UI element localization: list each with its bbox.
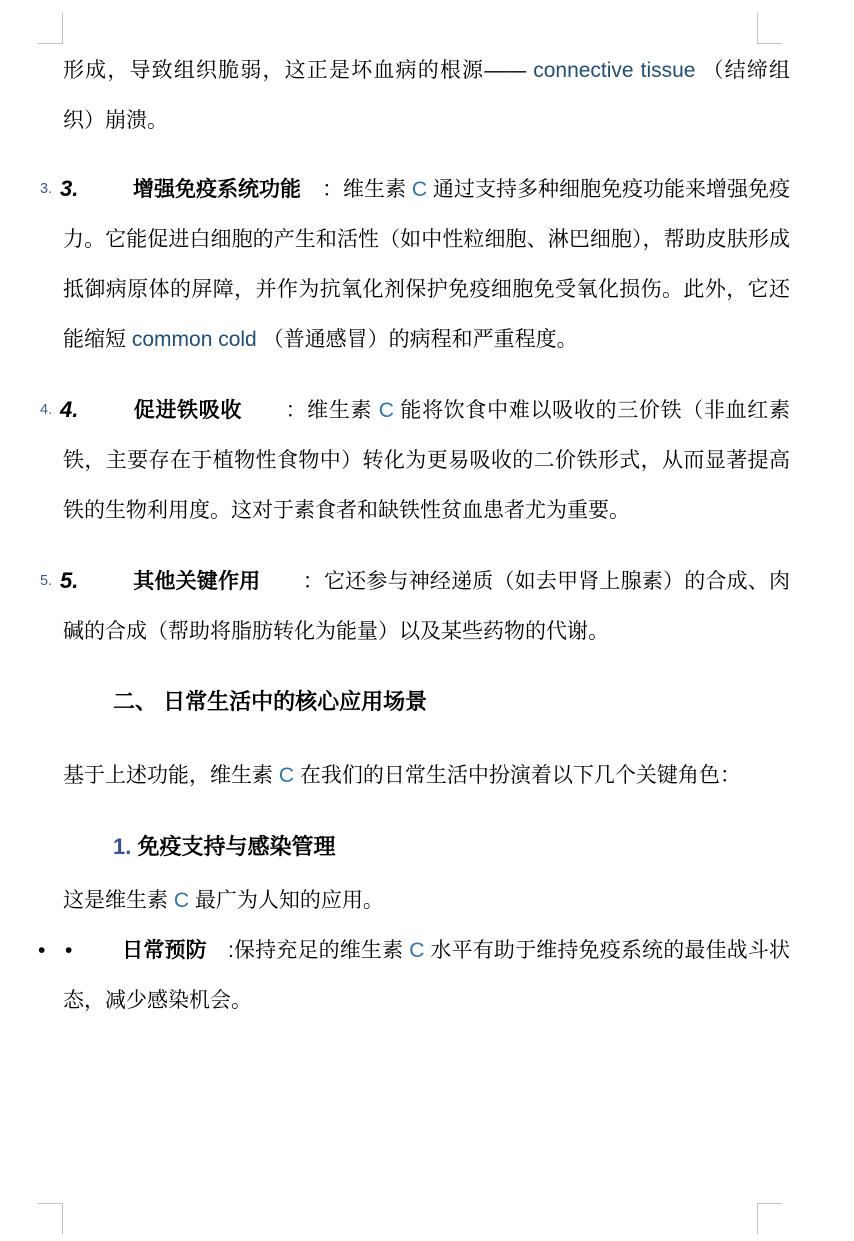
text-segment: 通过支持多种细胞免疫功能来增强免疫力。它能促进白细胞的产生和活性（如中性粒细胞、… (63, 178, 790, 351)
paragraph-intro-roles: 基于上述功能，维生素 C 在我们的日常生活中扮演着以下几个关键角色： (63, 751, 790, 801)
crop-mark-bottom-right (757, 1203, 782, 1234)
list-marker: 4. (40, 403, 52, 418)
bullet-margin-marker: • (38, 926, 45, 976)
list-number: 5. (60, 556, 133, 606)
list-number: 4. (60, 385, 133, 435)
subsection-title: 免疫支持与感染管理 (131, 834, 335, 859)
list-number: 3. (60, 164, 133, 214)
list-marker: 3. (40, 182, 52, 197)
list-item-immune-function: 3. 3.增强免疫系统功能 ：维生素 C 通过支持多种细胞免疫功能来增强免疫力。… (63, 164, 790, 365)
text-segment: common cold (132, 328, 257, 351)
bullet-title: 日常预防 (122, 939, 207, 962)
subsection-number: 1. (113, 834, 131, 859)
text-segment: ：维生素 (301, 178, 412, 201)
text-segment: C (379, 399, 394, 422)
text-segment: connective tissue (533, 59, 695, 82)
list-item-iron-absorption: 4. 4.促进铁吸收 ：维生素 C 能将饮食中难以吸收的三价铁（非血红素铁，主要… (63, 385, 790, 536)
text-segment: C (174, 889, 189, 912)
list-item-title: 其他关键作用 (133, 570, 260, 593)
list-item-title: 增强免疫系统功能 (133, 178, 301, 201)
text-segment: 形成，导致组织脆弱，这正是坏血病的根源—— (63, 59, 533, 82)
list-item-title: 促进铁吸收 (133, 399, 242, 422)
paragraph-best-known-use: 这是维生素 C 最广为人知的应用。 (63, 876, 790, 926)
paragraph-scurvy-continuation: 形成，导致组织脆弱，这正是坏血病的根源—— connective tissue … (63, 46, 790, 146)
bullet-item-daily-prevention: • •日常预防 :保持充足的维生素 C 水平有助于维持免疫系统的最佳战斗状态，减… (63, 926, 790, 1026)
text-segment: C (409, 939, 424, 962)
text-segment: C (412, 178, 427, 201)
text-segment: 这是维生素 (63, 889, 174, 912)
bullet-dot: • (63, 926, 122, 976)
text-segment: ：维生素 (242, 399, 379, 422)
text-segment: 最广为人知的应用。 (189, 889, 384, 912)
text-segment: :保持充足的维生素 (207, 939, 409, 962)
document-body: 形成，导致组织脆弱，这正是坏血病的根源—— connective tissue … (63, 0, 790, 1026)
list-item-body: ：维生素 C 通过支持多种细胞免疫功能来增强免疫力。它能促进白细胞的产生和活性（… (63, 178, 790, 351)
text-segment: 在我们的日常生活中扮演着以下几个关键角色： (294, 764, 741, 787)
section-heading-applications: 二、 日常生活中的核心应用场景 (63, 677, 790, 727)
list-marker: 5. (40, 574, 52, 589)
text-segment: （普通感冒）的病程和严重程度。 (257, 328, 578, 351)
subsection-heading-immune-support: 1. 免疫支持与感染管理 (63, 822, 790, 872)
document-page: 形成，导致组织脆弱，这正是坏血病的根源—— connective tissue … (0, 0, 854, 1241)
crop-mark-top-left (38, 13, 63, 44)
list-item-other-functions: 5. 5.其他关键作用 ：它还参与神经递质（如去甲肾上腺素）的合成、肉碱的合成（… (63, 556, 790, 657)
text-segment: C (279, 764, 294, 787)
crop-mark-bottom-left (38, 1203, 63, 1234)
text-segment: 基于上述功能，维生素 (63, 764, 279, 787)
